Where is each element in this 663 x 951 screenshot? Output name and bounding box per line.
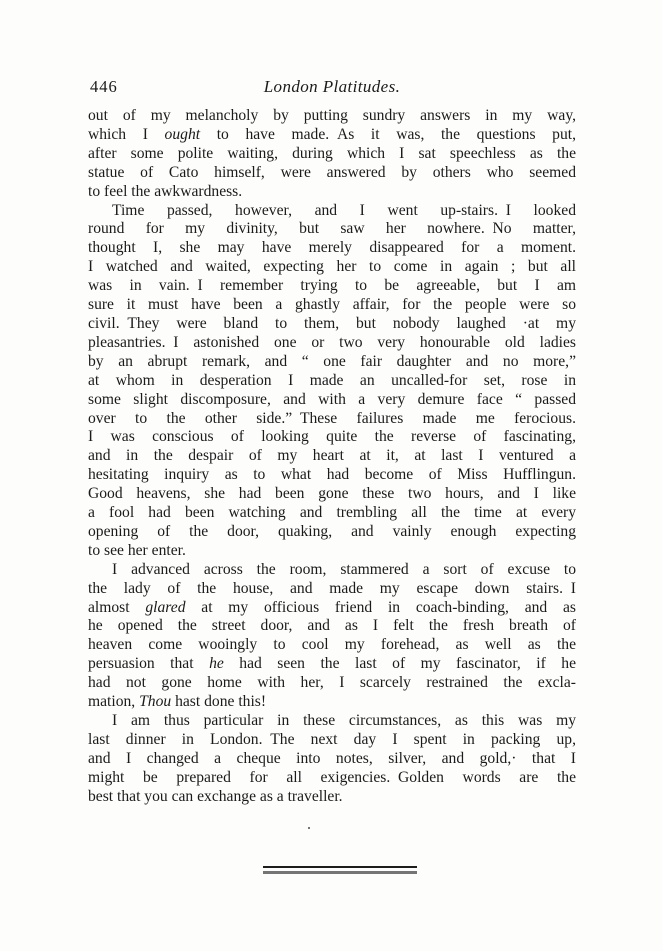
paragraph: I advanced across the room, stammered a … — [88, 561, 576, 712]
text-line: hesitating inquiry as to what had become… — [88, 466, 576, 485]
text-line: thought I, she may have merely disappear… — [88, 239, 576, 258]
paragraph: Time passed, however, and I went up-stai… — [88, 202, 576, 561]
text-line: pleasantries. I astonished one or two ve… — [88, 334, 576, 353]
text-line: out of my melancholy by putting sundry a… — [88, 107, 576, 126]
text-line: mation, Thou hast done this! — [88, 693, 576, 712]
text-line: round for my divinity, but saw her nowhe… — [88, 220, 576, 239]
text-line: sure it must have been a ghastly affair,… — [88, 296, 576, 315]
text-line: some slight discomposure, and with a ver… — [88, 391, 576, 410]
running-title: London Platitudes. — [88, 77, 576, 97]
text-line: statue of Cato himself, were answered by… — [88, 164, 576, 183]
text-line: last dinner in London. The next day I sp… — [88, 731, 576, 750]
text-line: and in the despair of my heart at it, at… — [88, 447, 576, 466]
page-number: 446 — [90, 77, 118, 97]
text-line: Good heavens, she had been gone these tw… — [88, 485, 576, 504]
text-line: at whom in desperation I made an uncalle… — [88, 372, 576, 391]
text-line: a fool had been watching and trembling a… — [88, 504, 576, 523]
text-line: by an abrupt remark, and “ one fair daug… — [88, 353, 576, 372]
text-line: heaven come wooingly to cool my forehead… — [88, 636, 576, 655]
text-line: almost glared at my officious friend in … — [88, 599, 576, 618]
divider-rule-thick — [263, 871, 417, 874]
text-line: civil. They were bland to them, but nobo… — [88, 315, 576, 334]
text-line: persuasion that he had seen the last of … — [88, 655, 576, 674]
book-page: 446 London Platitudes. out of my melanch… — [0, 0, 663, 951]
text-line: opening of the door, quaking, and vainly… — [88, 523, 576, 542]
text-line: Time passed, however, and I went up-stai… — [88, 202, 576, 221]
text-line: I watched and waited, expecting her to c… — [88, 258, 576, 277]
text-line: had not gone home with her, I scarcely r… — [88, 674, 576, 693]
paragraph: I am thus particular in these circumstan… — [88, 712, 576, 807]
text-line: the lady of the house, and made my escap… — [88, 580, 576, 599]
text-line: to feel the awkwardness. — [88, 183, 576, 202]
text-line: might be prepared for all exigencies. Go… — [88, 769, 576, 788]
text-line: over to the other side.” These failures … — [88, 410, 576, 429]
page-header: 446 London Platitudes. — [88, 77, 576, 99]
divider-rule-thin — [263, 866, 417, 868]
ink-speck-dot — [308, 827, 310, 829]
text-line: to see her enter. — [88, 542, 576, 561]
text-line: after some polite waiting, during which … — [88, 145, 576, 164]
text-line: and I changed a cheque into notes, silve… — [88, 750, 576, 769]
text-line: was in vain. I remember trying to be agr… — [88, 277, 576, 296]
text-line: I advanced across the room, stammered a … — [88, 561, 576, 580]
text-line: I am thus particular in these circumstan… — [88, 712, 576, 731]
text-line: he opened the street door, and as I felt… — [88, 617, 576, 636]
text-line: I was conscious of looking quite the rev… — [88, 428, 576, 447]
paragraph: out of my melancholy by putting sundry a… — [88, 107, 576, 202]
text-body: out of my melancholy by putting sundry a… — [88, 107, 576, 807]
text-line: which I ought to have made. As it was, t… — [88, 126, 576, 145]
text-line: best that you can exchange as a travelle… — [88, 788, 576, 807]
section-divider-rule — [263, 866, 417, 874]
